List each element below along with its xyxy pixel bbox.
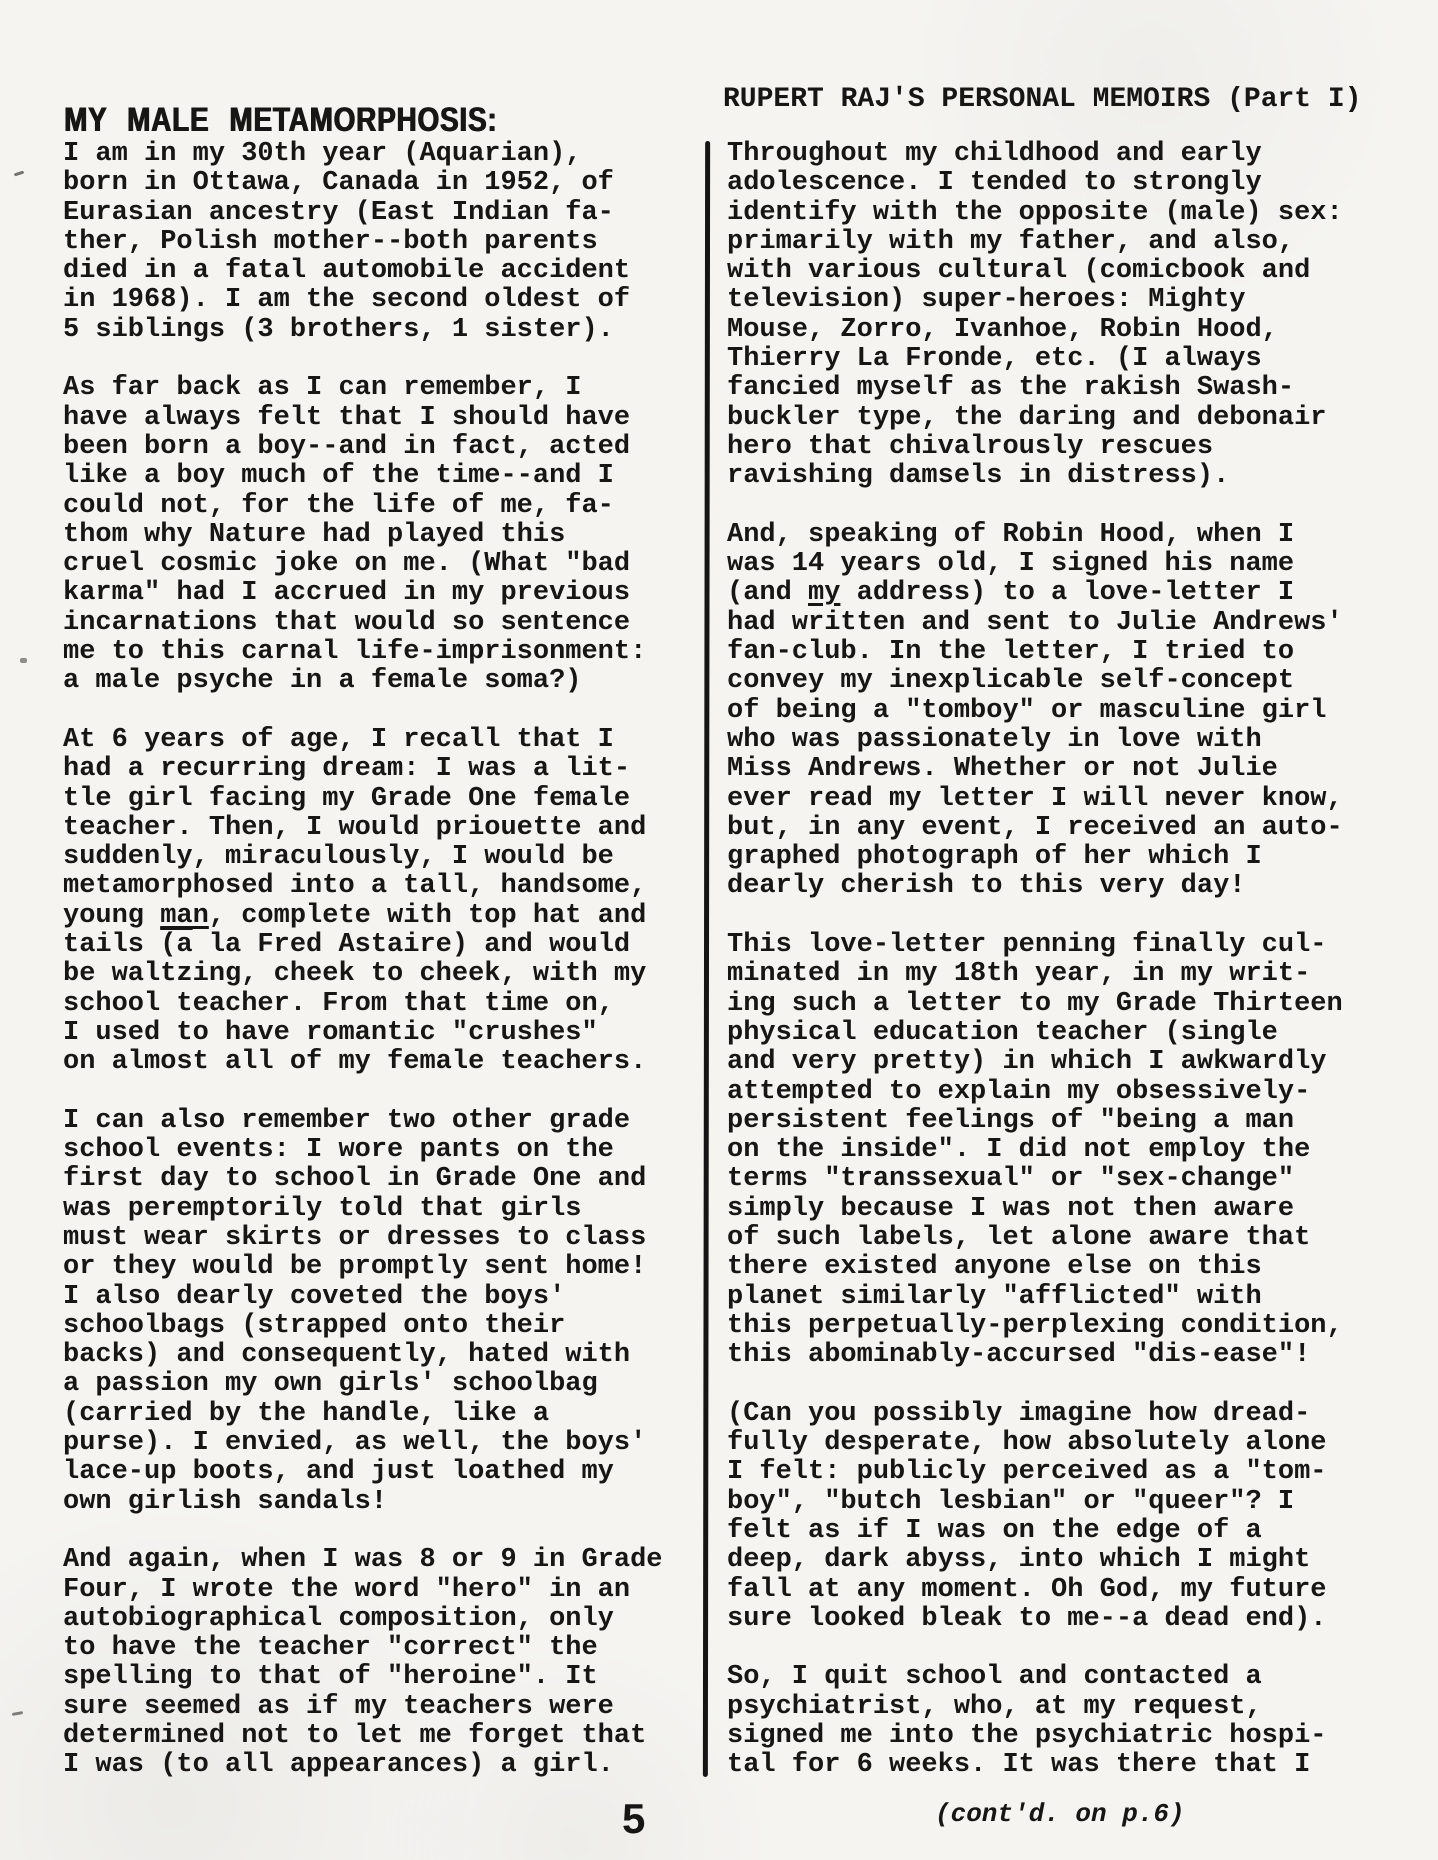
text-line: I also dearly coveted the boys' [63, 1283, 708, 1312]
article-subtitle: RUPERT RAJ'S PERSONAL MEMOIRS (Part I) [723, 84, 1362, 115]
text-line: tle girl facing my Grade One female [63, 785, 708, 814]
text-line: a male psyche in a female soma?) [63, 667, 708, 696]
text-line: school events: I wore pants on the [63, 1136, 708, 1165]
paragraph: I can also remember two other gradeschoo… [63, 1107, 708, 1517]
text-line: simply because I was not then aware [727, 1195, 1412, 1224]
text-line: fully desperate, how absolutely alone [727, 1429, 1412, 1458]
text-line: buckler type, the daring and debonair [727, 404, 1412, 433]
text-line: to have the teacher "correct" the [63, 1634, 708, 1663]
text-line: Four, I wrote the word "hero" in an [63, 1576, 708, 1605]
text-line: adolescence. I tended to strongly [727, 169, 1412, 198]
text-line: lace-up boots, and just loathed my [63, 1458, 708, 1487]
text-line: a passion my own girls' schoolbag [63, 1370, 708, 1399]
paragraph: As far back as I can remember, Ihave alw… [63, 374, 708, 696]
page-number: 5 [622, 1795, 645, 1843]
text-line: fancied myself as the rakish Swash- [727, 374, 1412, 403]
text-line: And again, when I was 8 or 9 in Grade [63, 1546, 708, 1575]
text-line: signed me into the psychiatric hospi- [727, 1722, 1412, 1751]
text-line: physical education teacher (single [727, 1019, 1412, 1048]
text-line: purse). I envied, as well, the boys' [63, 1429, 708, 1458]
scan-artifact [20, 658, 27, 663]
text-line: dearly cherish to this very day! [727, 872, 1412, 901]
text-line: persistent feelings of "being a man [727, 1107, 1412, 1136]
text-line: I am in my 30th year (Aquarian), [63, 140, 708, 169]
text-line: This love-letter penning finally cul- [727, 931, 1412, 960]
text-line: incarnations that would so sentence [63, 609, 708, 638]
text-line: was peremptorily told that girls [63, 1195, 708, 1224]
text-line: television) super-heroes: Mighty [727, 286, 1412, 315]
text-line: planet similarly "afflicted" with [727, 1283, 1412, 1312]
paragraph: Throughout my childhood and earlyadolesc… [727, 140, 1412, 492]
text-line: karma" had I accrued in my previous [63, 579, 708, 608]
text-line: autobiographical composition, only [63, 1605, 708, 1634]
text-line: boy", "butch lesbian" or "queer"? I [727, 1488, 1412, 1517]
text-line: of such labels, let alone aware that [727, 1224, 1412, 1253]
text-line: primarily with my father, and also, [727, 228, 1412, 257]
text-line: So, I quit school and contacted a [727, 1663, 1412, 1692]
right-text-column: Throughout my childhood and earlyadolesc… [727, 140, 1412, 1810]
text-line: metamorphosed into a tall, handsome, [63, 872, 708, 901]
text-line: backs) and consequently, hated with [63, 1341, 708, 1370]
text-line: ing such a letter to my Grade Thirteen [727, 990, 1412, 1019]
text-line: died in a fatal automobile accident [63, 257, 708, 286]
text-line: determined not to let me forget that [63, 1722, 708, 1751]
text-line: fall at any moment. Oh God, my future [727, 1576, 1412, 1605]
text-line: be waltzing, cheek to cheek, with my [63, 960, 708, 989]
text-line: (carried by the handle, like a [63, 1400, 708, 1429]
text-line: minated in my 18th year, in my writ- [727, 960, 1412, 989]
text-line: but, in any event, I received an auto- [727, 814, 1412, 843]
text-line: spelling to that of "heroine". It [63, 1663, 708, 1692]
text-line: Miss Andrews. Whether or not Julie [727, 755, 1412, 784]
text-line: on almost all of my female teachers. [63, 1048, 708, 1077]
text-line: ravishing damsels in distress). [727, 462, 1412, 491]
text-line: cruel cosmic joke on me. (What "bad [63, 550, 708, 579]
text-line: Thierry La Fronde, etc. (I always [727, 345, 1412, 374]
scan-artifact [12, 1711, 23, 1716]
text-line: sure seemed as if my teachers were [63, 1693, 708, 1722]
text-line: At 6 years of age, I recall that I [63, 726, 708, 755]
text-line: suddenly, miraculously, I would be [63, 843, 708, 872]
text-line: I used to have romantic "crushes" [63, 1019, 708, 1048]
text-line: tal for 6 weeks. It was there that I [727, 1751, 1412, 1780]
paragraph: This love-letter penning finally cul-min… [727, 931, 1412, 1370]
scanned-memoir-page: MY MALE METAMORPHOSIS: RUPERT RAJ'S PERS… [0, 0, 1438, 1860]
text-line: could not, for the life of me, fa- [63, 492, 708, 521]
text-line: in 1968). I am the second oldest of [63, 286, 708, 315]
text-line: fan-club. In the letter, I tried to [727, 638, 1412, 667]
left-text-column: I am in my 30th year (Aquarian),born in … [63, 140, 708, 1810]
text-line: own girlish sandals! [63, 1488, 708, 1517]
text-line: (Can you possibly imagine how dread- [727, 1400, 1412, 1429]
paragraph: And again, when I was 8 or 9 in GradeFou… [63, 1546, 708, 1780]
text-line: ther, Polish mother--both parents [63, 228, 708, 257]
text-line: Throughout my childhood and early [727, 140, 1412, 169]
paragraph: And, speaking of Robin Hood, when Iwas 1… [727, 521, 1412, 902]
text-line: there existed anyone else on this [727, 1253, 1412, 1282]
text-line: I felt: publicly perceived as a "tom- [727, 1458, 1412, 1487]
text-line: had written and sent to Julie Andrews' [727, 609, 1412, 638]
text-line: teacher. Then, I would priouette and [63, 814, 708, 843]
text-line: born in Ottawa, Canada in 1952, of [63, 169, 708, 198]
text-line: (and my address) to a love-letter I [727, 579, 1412, 608]
text-line: graphed photograph of her which I [727, 843, 1412, 872]
text-line: As far back as I can remember, I [63, 374, 708, 403]
text-line: tails (a la Fred Astaire) and would [63, 931, 708, 960]
text-line: psychiatrist, who, at my request, [727, 1693, 1412, 1722]
text-line: who was passionately in love with [727, 726, 1412, 755]
text-line: I can also remember two other grade [63, 1107, 708, 1136]
text-line: first day to school in Grade One and [63, 1165, 708, 1194]
text-line: convey my inexplicable self-concept [727, 667, 1412, 696]
text-line: 5 siblings (3 brothers, 1 sister). [63, 316, 708, 345]
text-line: have always felt that I should have [63, 404, 708, 433]
text-line: felt as if I was on the edge of a [727, 1517, 1412, 1546]
text-line: this abominably-accursed "dis-ease"! [727, 1341, 1412, 1370]
scan-artifact [14, 171, 24, 177]
text-line: and very pretty) in which I awkwardly [727, 1048, 1412, 1077]
text-line: ever read my letter I will never know, [727, 785, 1412, 814]
text-line: deep, dark abyss, into which I might [727, 1546, 1412, 1575]
text-line: been born a boy--and in fact, acted [63, 433, 708, 462]
article-title: MY MALE METAMORPHOSIS: [64, 101, 497, 140]
text-line: Eurasian ancestry (East Indian fa- [63, 199, 708, 228]
text-line: thom why Nature had played this [63, 521, 708, 550]
text-line: schoolbags (strapped onto their [63, 1312, 708, 1341]
text-line: identify with the opposite (male) sex: [727, 199, 1412, 228]
text-line: school teacher. From that time on, [63, 990, 708, 1019]
paragraph: So, I quit school and contacted apsychia… [727, 1663, 1412, 1780]
text-line: with various cultural (comicbook and [727, 257, 1412, 286]
text-line: young man, complete with top hat and [63, 902, 708, 931]
text-line: Mouse, Zorro, Ivanhoe, Robin Hood, [727, 316, 1412, 345]
continuation-note: (cont'd. on p.6) [935, 1799, 1185, 1829]
paragraph: (Can you possibly imagine how dread-full… [727, 1400, 1412, 1634]
text-line: on the inside". I did not employ the [727, 1136, 1412, 1165]
text-line: of being a "tomboy" or masculine girl [727, 697, 1412, 726]
text-line: like a boy much of the time--and I [63, 462, 708, 491]
paragraph: At 6 years of age, I recall that Ihad a … [63, 726, 708, 1078]
paragraph: I am in my 30th year (Aquarian),born in … [63, 140, 708, 345]
text-line: must wear skirts or dresses to class [63, 1224, 708, 1253]
text-line: was 14 years old, I signed his name [727, 550, 1412, 579]
text-line: terms "transsexual" or "sex-change" [727, 1165, 1412, 1194]
text-line: this perpetually-perplexing condition, [727, 1312, 1412, 1341]
text-line: And, speaking of Robin Hood, when I [727, 521, 1412, 550]
text-line: had a recurring dream: I was a lit- [63, 755, 708, 784]
text-line: me to this carnal life-imprisonment: [63, 638, 708, 667]
text-line: or they would be promptly sent home! [63, 1253, 708, 1282]
text-line: hero that chivalrously rescues [727, 433, 1412, 462]
text-line: attempted to explain my obsessively- [727, 1078, 1412, 1107]
text-line: I was (to all appearances) a girl. [63, 1751, 708, 1780]
text-line: sure looked bleak to me--a dead end). [727, 1605, 1412, 1634]
